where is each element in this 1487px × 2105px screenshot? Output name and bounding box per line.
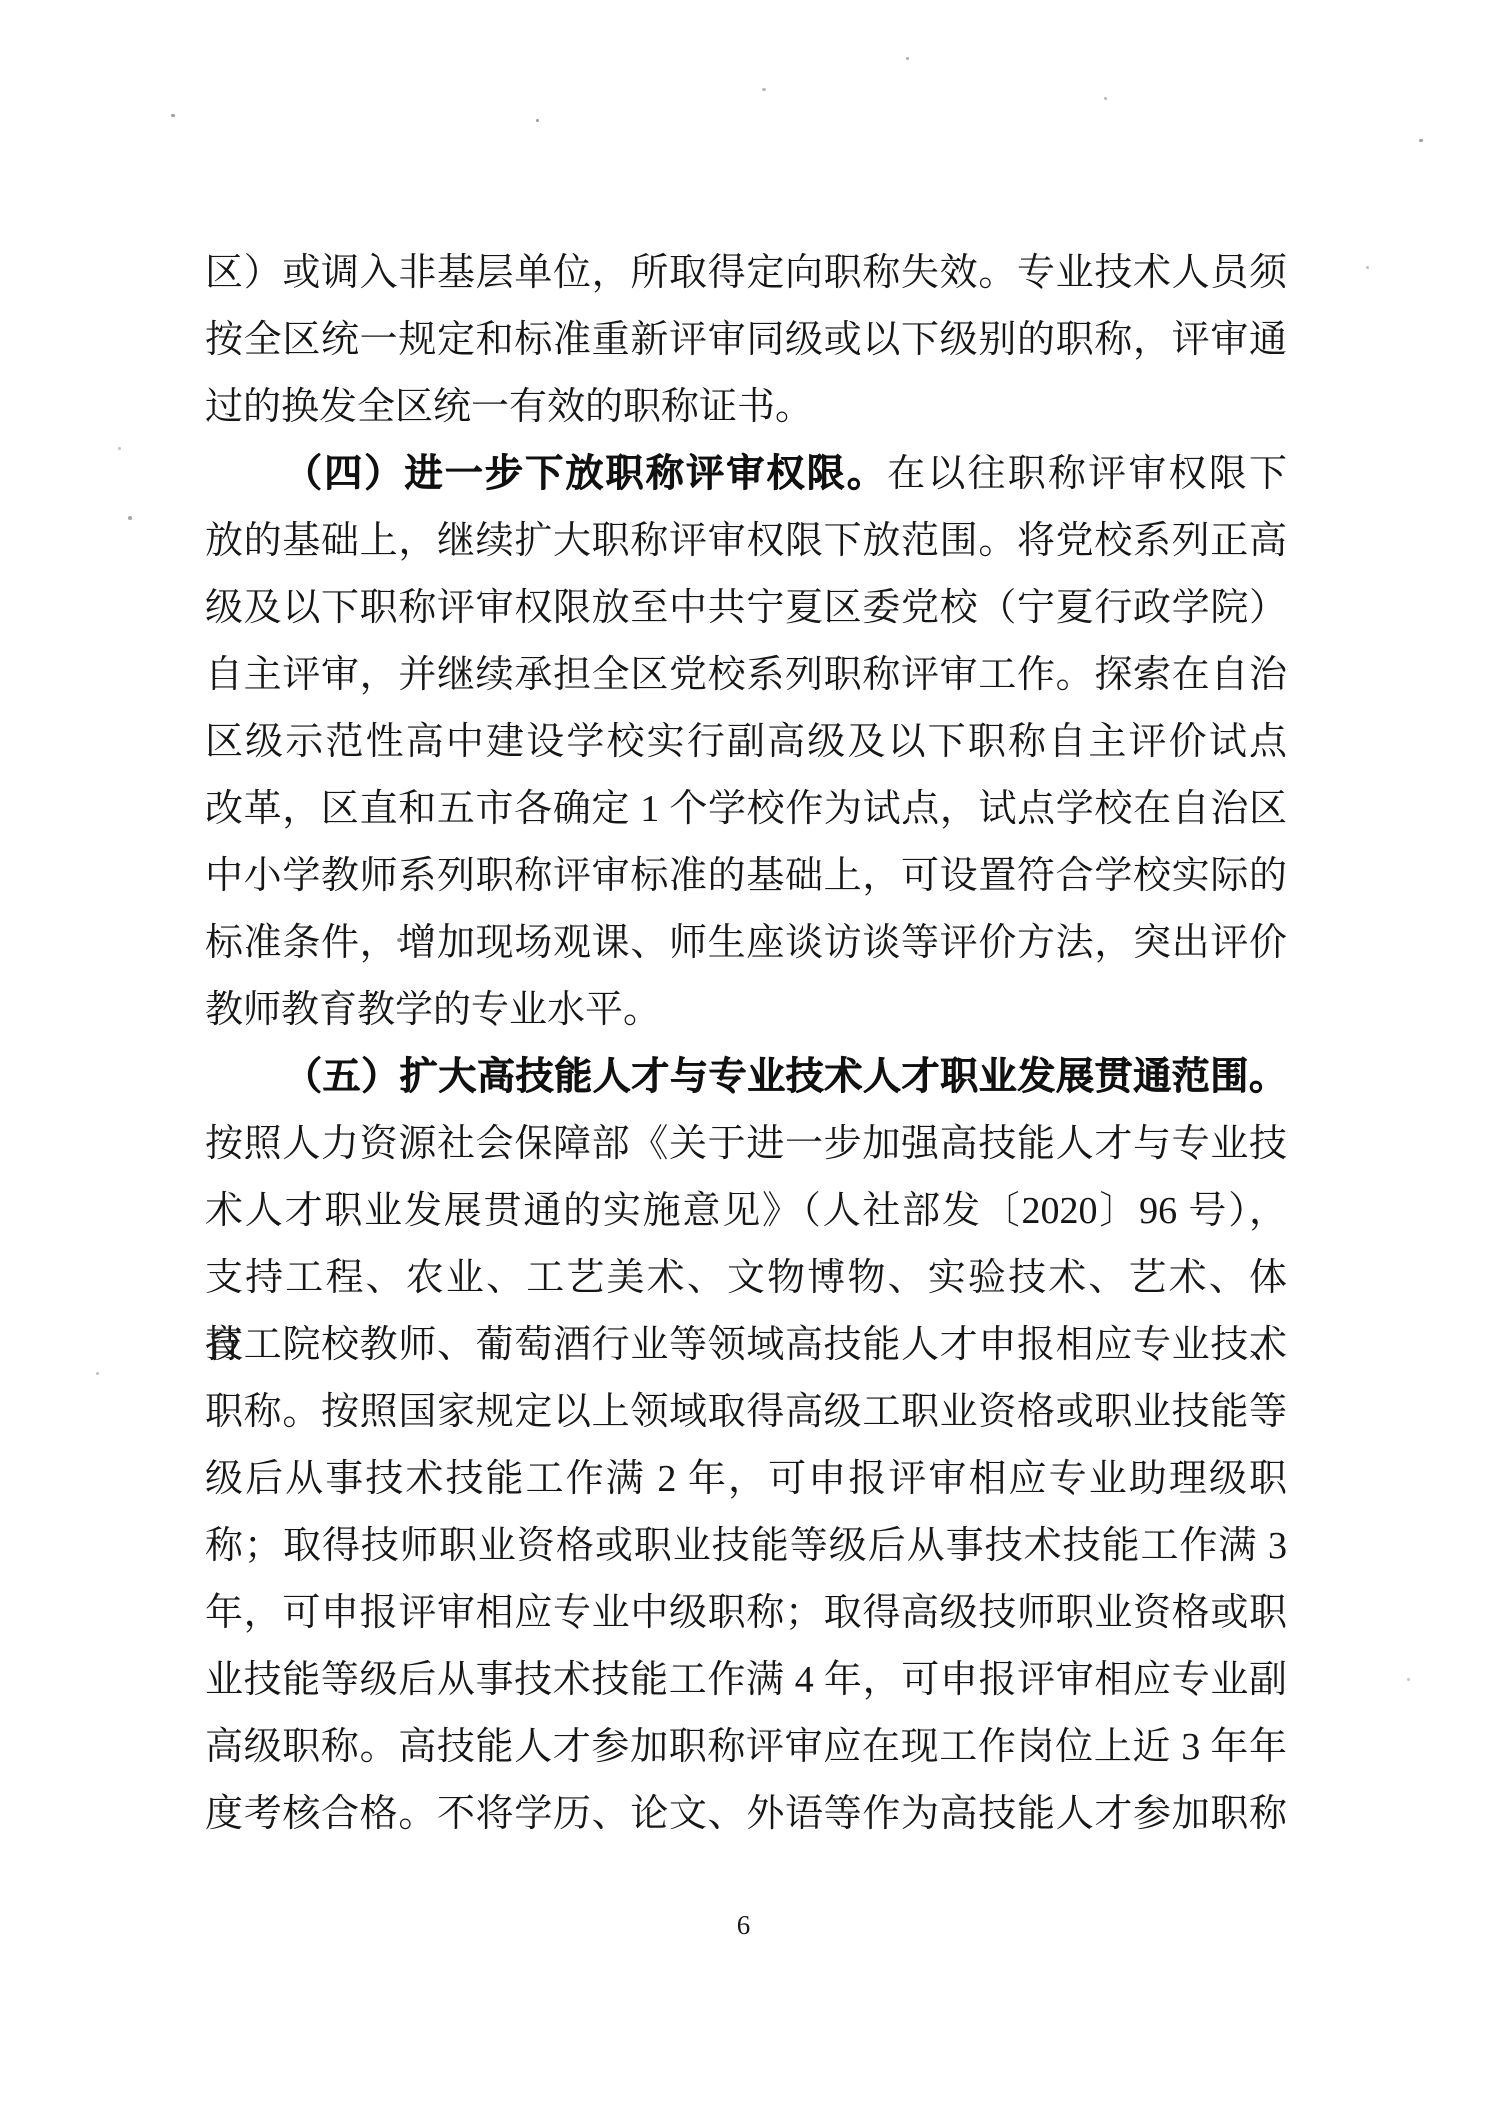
line-text: 级后从事技术技能工作满 2 年，可申报评审相应专业助理级职 bbox=[205, 1458, 1287, 1500]
scanned-document-page: 区）或调入非基层单位，所取得定向职称失效。专业技术人员须 按全区统一规定和标准重… bbox=[0, 0, 1487, 2105]
line-text: 年，可申报评审相应专业中级职称；取得高级技师职业资格或职 bbox=[205, 1592, 1287, 1634]
line-text: 按全区统一规定和标准重新评审同级或以下级别的职称，评审通 bbox=[205, 319, 1287, 361]
scan-noise-dot bbox=[128, 516, 132, 520]
scan-noise-dot bbox=[171, 114, 175, 117]
line-text: 度考核合格。不将学历、论文、外语等作为高技能人才参加职称 bbox=[205, 1793, 1287, 1835]
line-text: 高级职称。高技能人才参加职称评审应在现工作岗位上近 3 年年 bbox=[205, 1726, 1287, 1768]
scan-noise-dot bbox=[536, 119, 539, 122]
text-line: 区级示范性高中建设学校实行副高级及以下职称自主评价试点 bbox=[205, 709, 1287, 776]
line-text: 区级示范性高中建设学校实行副高级及以下职称自主评价试点 bbox=[205, 721, 1287, 763]
text-line: 业技能等级后从事技术技能工作满 4 年，可申报评审相应专业副 bbox=[205, 1647, 1287, 1714]
line-text: 区）或调入非基层单位，所取得定向职称失效。专业技术人员须 bbox=[205, 252, 1287, 294]
text-line: 高级职称。高技能人才参加职称评审应在现工作岗位上近 3 年年 bbox=[205, 1714, 1287, 1781]
text-line: 按全区统一规定和标准重新评审同级或以下级别的职称，评审通 bbox=[205, 307, 1287, 374]
line-text: 职称。按照国家规定以上领域取得高级工职业资格或职业技能等 bbox=[205, 1391, 1287, 1433]
text-line: 过的换发全区统一有效的职称证书。 bbox=[205, 374, 1287, 441]
scan-noise-dot bbox=[96, 1372, 99, 1375]
line-text: 级及以下职称评审权限放至中共宁夏区委党校（宁夏行政学院） bbox=[205, 587, 1287, 629]
text-line: 年，可申报评审相应专业中级职称；取得高级技师职业资格或职 bbox=[205, 1580, 1287, 1647]
scan-noise-dot bbox=[1366, 266, 1369, 269]
line-text: 按照人力资源社会保障部《关于进一步加强高技能人才与专业技 bbox=[205, 1123, 1287, 1165]
line-text: 标准条件，增加现场观课、师生座谈访谈等评价方法，突出评价 bbox=[205, 922, 1287, 964]
text-line: 自主评审，并继续承担全区党校系列职称评审工作。探索在自治 bbox=[205, 642, 1287, 709]
line-text: 业技能等级后从事技术技能工作满 4 年，可申报评审相应专业副 bbox=[205, 1659, 1287, 1701]
text-line-section-4-heading: （四）进一步下放职称评审权限。在以往职称评审权限下 bbox=[205, 441, 1287, 508]
text-line: 度考核合格。不将学历、论文、外语等作为高技能人才参加职称 bbox=[205, 1781, 1287, 1848]
scan-noise-dot bbox=[1104, 97, 1107, 100]
section-heading: （五）扩大高技能人才与专业技术人才职业发展贯通范围。 bbox=[284, 1056, 1287, 1098]
body-text-block: 区）或调入非基层单位，所取得定向职称失效。专业技术人员须 按全区统一规定和标准重… bbox=[205, 240, 1287, 1848]
section-heading: （四）进一步下放职称评审权限。 bbox=[284, 453, 887, 495]
line-text: 放的基础上，继续扩大职称评审权限下放范围。将党校系列正高 bbox=[205, 520, 1287, 562]
text-line: 级及以下职称评审权限放至中共宁夏区委党校（宁夏行政学院） bbox=[205, 575, 1287, 642]
text-line: 称；取得技师职业资格或职业技能等级后从事技术技能工作满 3 bbox=[205, 1513, 1287, 1580]
text-line: 区）或调入非基层单位，所取得定向职称失效。专业技术人员须 bbox=[205, 240, 1287, 307]
line-text: 改革，区直和五市各确定 1 个学校作为试点，试点学校在自治区 bbox=[205, 788, 1287, 830]
line-text: 在以往职称评审权限下 bbox=[887, 453, 1287, 495]
line-text: 教师教育教学的专业水平。 bbox=[205, 989, 661, 1031]
line-text: 技工院校教师、葡萄酒行业等领域高技能人才申报相应专业技术 bbox=[205, 1324, 1287, 1366]
scan-noise-dot bbox=[1419, 139, 1423, 142]
scan-noise-dot bbox=[118, 447, 121, 450]
text-line: 技工院校教师、葡萄酒行业等领域高技能人才申报相应专业技术 bbox=[205, 1312, 1287, 1379]
line-text: 术人才职业发展贯通的实施意见》（人社部发〔2020〕96 号）， bbox=[205, 1190, 1287, 1232]
page-number: 6 bbox=[0, 1905, 1487, 1945]
text-line: 按照人力资源社会保障部《关于进一步加强高技能人才与专业技 bbox=[205, 1111, 1287, 1178]
scan-noise-dot bbox=[1407, 1678, 1410, 1681]
line-text: 自主评审，并继续承担全区党校系列职称评审工作。探索在自治 bbox=[205, 654, 1287, 696]
text-line: 中小学教师系列职称评审标准的基础上，可设置符合学校实际的 bbox=[205, 843, 1287, 910]
text-line: 级后从事技术技能工作满 2 年，可申报评审相应专业助理级职 bbox=[205, 1446, 1287, 1513]
text-line: 标准条件，增加现场观课、师生座谈访谈等评价方法，突出评价 bbox=[205, 910, 1287, 977]
text-line: 职称。按照国家规定以上领域取得高级工职业资格或职业技能等 bbox=[205, 1379, 1287, 1446]
line-text: 称；取得技师职业资格或职业技能等级后从事技术技能工作满 3 bbox=[205, 1525, 1287, 1567]
text-line: 改革，区直和五市各确定 1 个学校作为试点，试点学校在自治区 bbox=[205, 776, 1287, 843]
line-text: 中小学教师系列职称评审标准的基础上，可设置符合学校实际的 bbox=[205, 855, 1287, 897]
text-line: 放的基础上，继续扩大职称评审权限下放范围。将党校系列正高 bbox=[205, 508, 1287, 575]
scan-noise-dot bbox=[762, 88, 766, 91]
text-line-section-5-heading: （五）扩大高技能人才与专业技术人才职业发展贯通范围。 bbox=[205, 1044, 1287, 1111]
text-line: 支持工程、农业、工艺美术、文物博物、实验技术、艺术、体育、 bbox=[205, 1245, 1287, 1312]
line-text: 过的换发全区统一有效的职称证书。 bbox=[205, 386, 813, 428]
text-line: 教师教育教学的专业水平。 bbox=[205, 977, 1287, 1044]
text-line: 术人才职业发展贯通的实施意见》（人社部发〔2020〕96 号）， bbox=[205, 1178, 1287, 1245]
scan-noise-dot bbox=[906, 57, 909, 60]
